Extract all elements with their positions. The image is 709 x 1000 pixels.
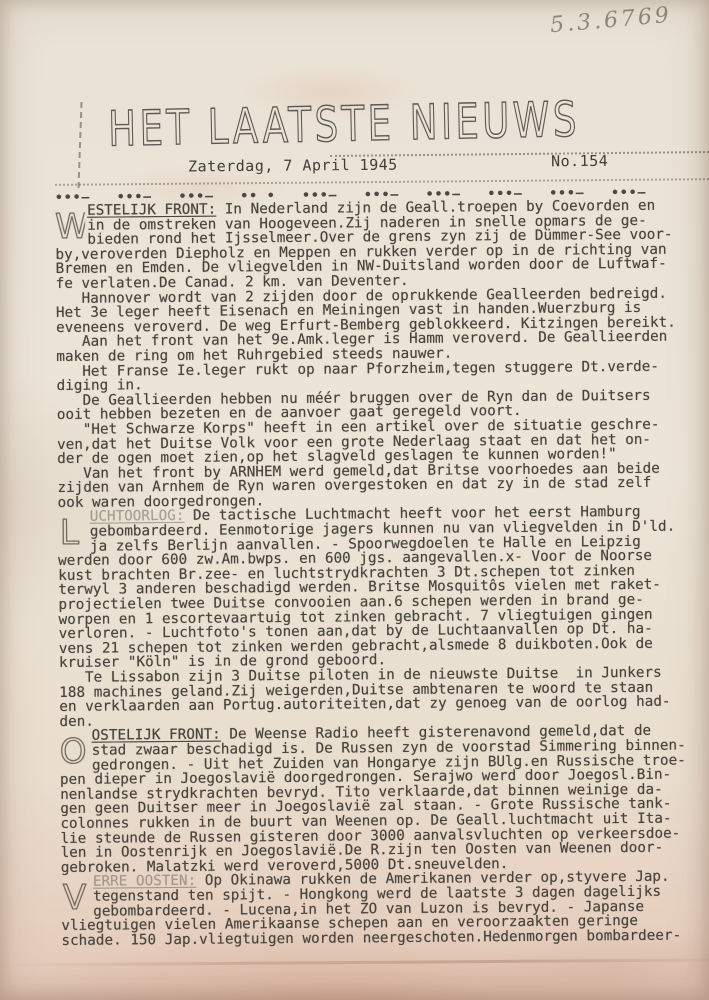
dropcap-o: O: [60, 729, 90, 771]
dropcap-w: W: [55, 204, 85, 246]
article-body: W ESTELIJK FRONT: In Nederland zijn de G…: [55, 198, 703, 948]
issue-number: No.154: [551, 152, 608, 170]
margin-mark-line: [77, 102, 82, 188]
article-verre-oosten: V ERRE OOSTEN: Op Okinawa rukken de Amer…: [61, 870, 704, 949]
newspaper-page: 5.3.6769 HET LAATSTE NIEUWS Zaterdag, 7 …: [0, 0, 709, 1000]
fold-crease: [0, 959, 709, 967]
article-lines: stad zwaar beschadigd is. De Russen zyn …: [60, 738, 703, 875]
article-lines: tegenstand ten spijt. - Hongkong werd de…: [61, 884, 703, 948]
article-luchtoorlog: L UCHTOORLOG: De tactische Luchtmacht he…: [58, 505, 702, 730]
svg-text:W: W: [55, 207, 85, 246]
section-heading: UCHTOORLOG:: [90, 508, 185, 525]
title-text: HET LAATSTE NIEUWS: [108, 92, 581, 158]
publication-date: Zaterdag, 7 April 1945: [188, 156, 398, 176]
svg-text:O: O: [60, 732, 87, 771]
article-lines: in de omstreken van Hoogeveen.Zij nadere…: [55, 213, 700, 510]
dropcap-v: V: [61, 875, 91, 917]
svg-text:V: V: [63, 878, 87, 917]
article-oostelijk-front: O OSTELIJK FRONT: De Weense Radio heeft …: [60, 724, 703, 876]
article-westelijk-front: W ESTELIJK FRONT: In Nederland zijn de G…: [55, 198, 700, 510]
section-heading: ERRE OOSTEN:: [93, 873, 196, 890]
dashed-rule-bottom: [55, 178, 709, 186]
dropcap-l: L: [58, 510, 88, 552]
article-lines: gebombardeerd. Eenmotorige jagers kunnen…: [58, 519, 702, 729]
svg-text:L: L: [60, 513, 79, 552]
handwritten-annotation: 5.3.6769: [549, 3, 673, 39]
